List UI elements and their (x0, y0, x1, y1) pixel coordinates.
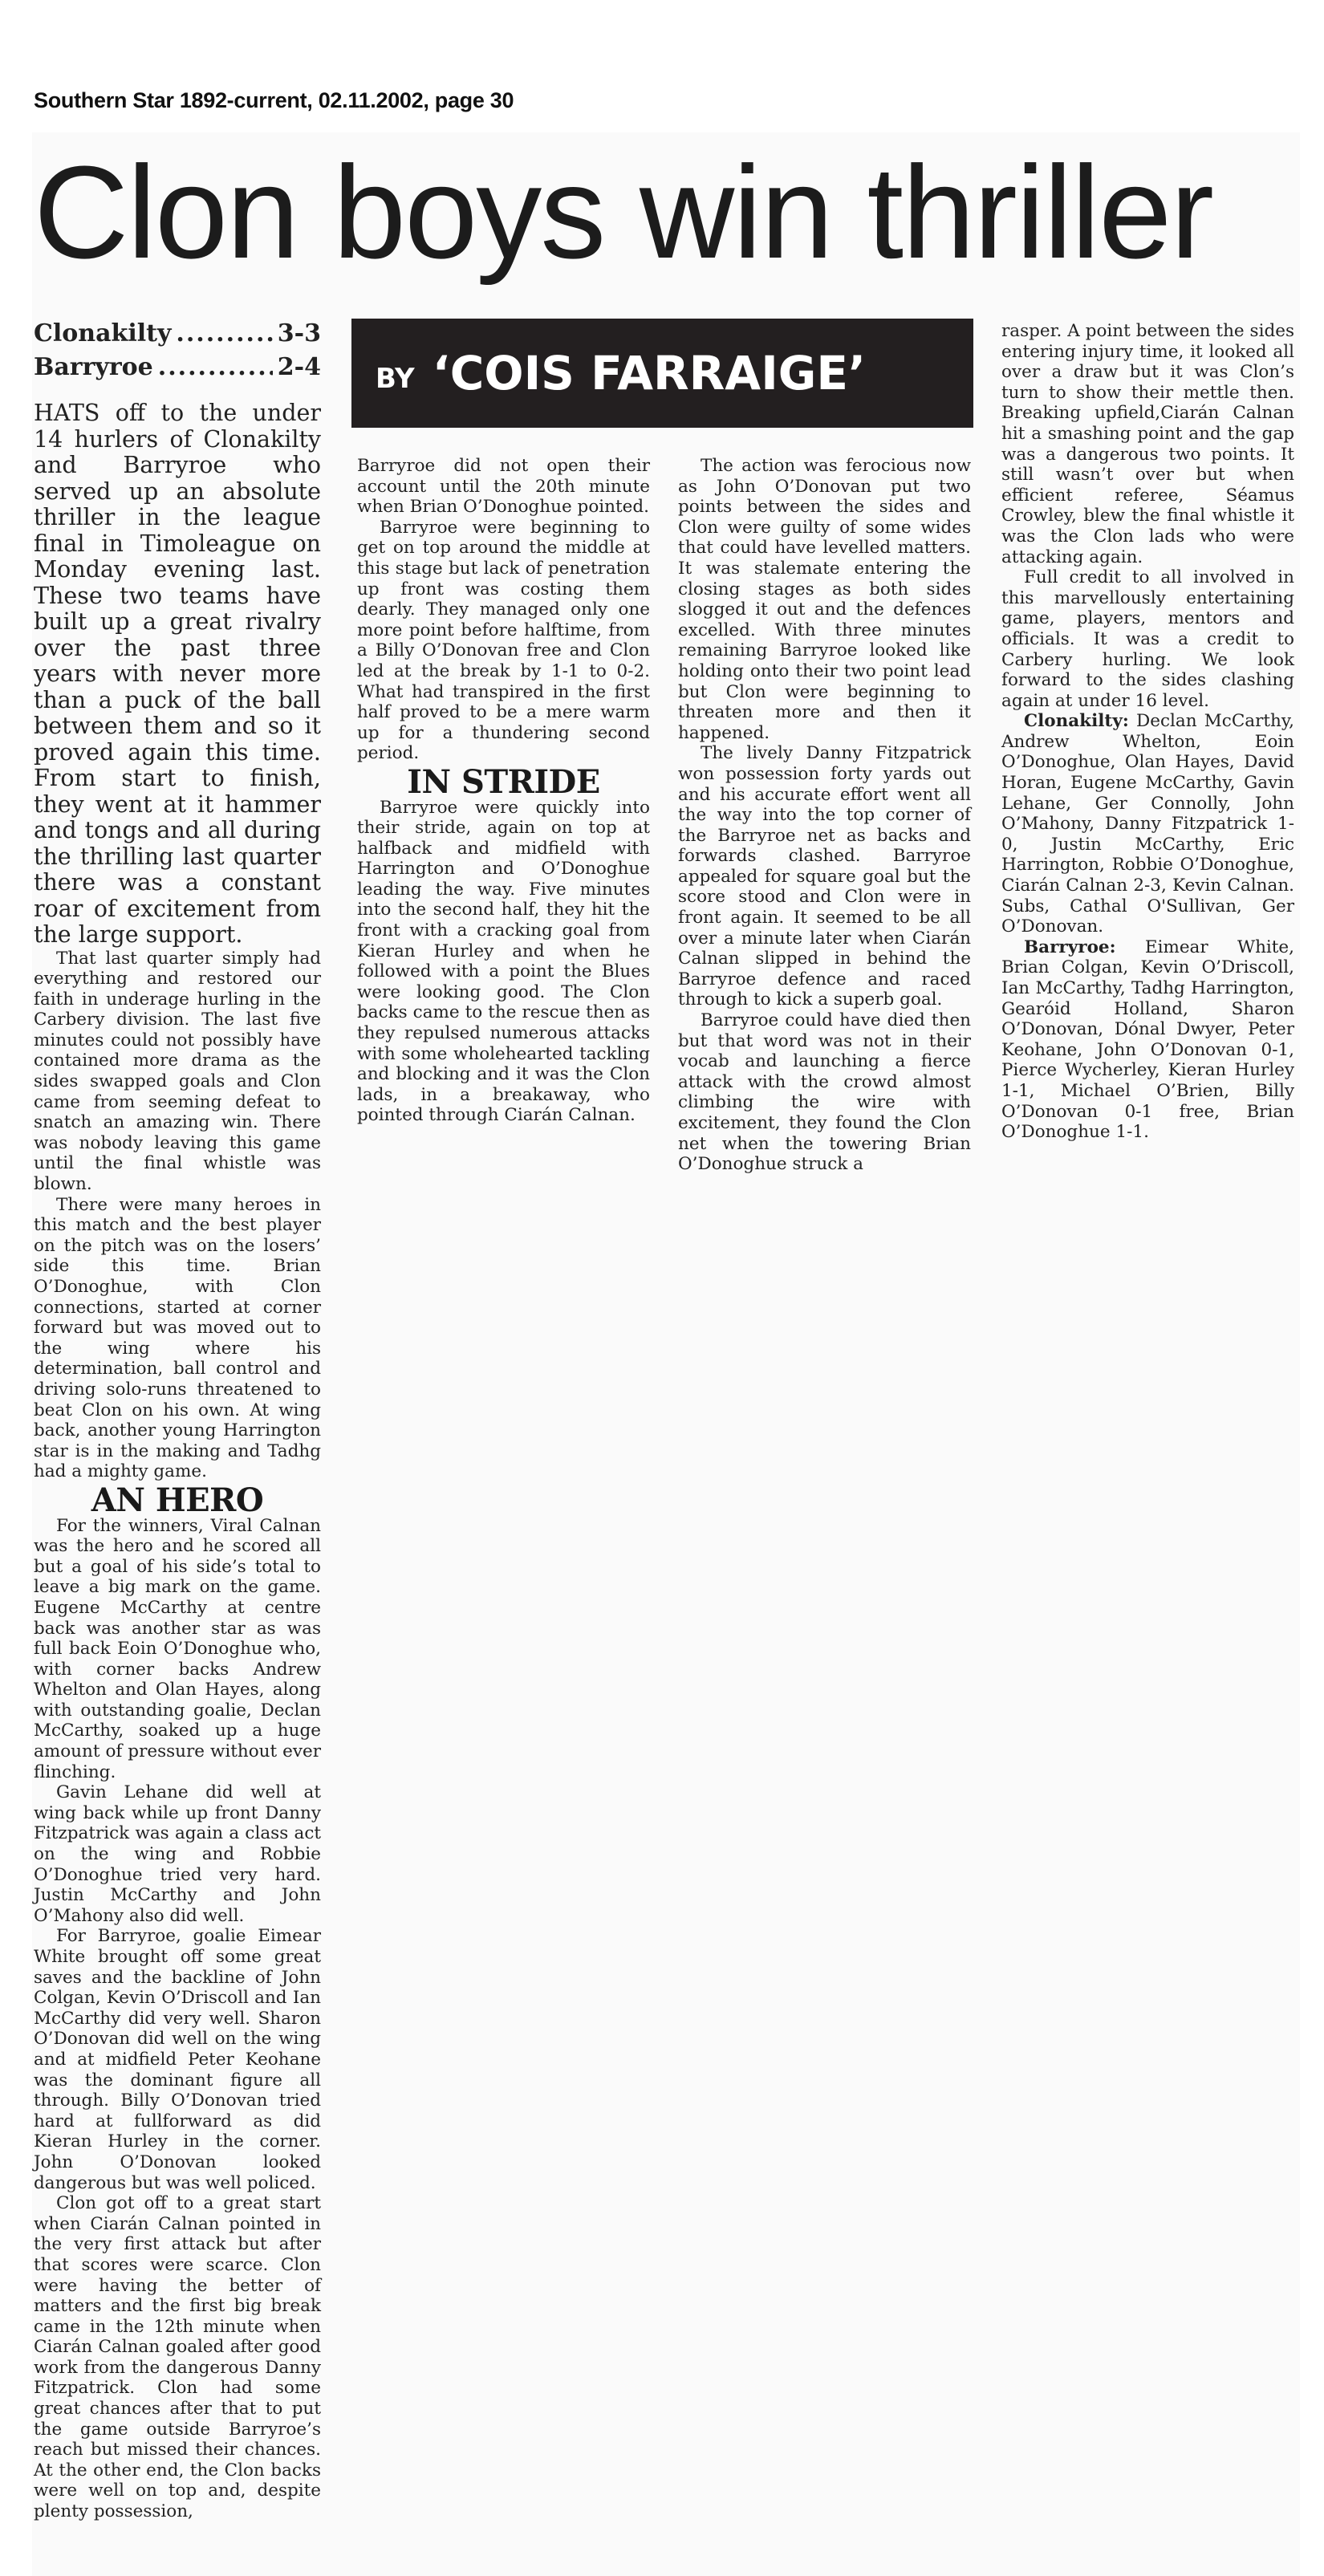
score-leader-dots: .............. (158, 351, 273, 384)
body-paragraph: Clon got off to a great start when Ciará… (34, 2193, 321, 2522)
body-paragraph: That last quarter simply had everything … (34, 949, 321, 1195)
body-paragraph: Barryroe could have died then but that w… (678, 1010, 971, 1175)
lede-paragraph: HATS off to the under 14 hurlers of Clon… (34, 400, 321, 949)
body-paragraph: Barryroe were beginning to get on top ar… (357, 518, 650, 764)
body-paragraph: For Barryroe, goalie Eimear White brough… (34, 1926, 321, 2193)
article-column-1: Clonakilty ........... 3-3 Barryroe ....… (34, 317, 321, 2522)
lineup-players: Declan McCarthy, Andrew Whelton, Eoin O’… (1001, 711, 1294, 937)
lineup-barryroe: Barryroe: Eimear White, Brian Colgan, Ke… (1001, 937, 1294, 1143)
lineup-team-label: Clonakilty: (1024, 711, 1129, 731)
scoreline-row: Barryroe .............. 2-4 (34, 351, 321, 384)
article-column-2: Barryroe did not open their account unti… (357, 456, 650, 1126)
lineup-team-label: Barryroe: (1024, 937, 1116, 957)
score-team: Barryroe (34, 351, 153, 384)
body-paragraph: Barryroe did not open their account unti… (357, 456, 650, 518)
article-column-4: rasper. A point between the sides enteri… (1001, 321, 1294, 1143)
subheading: IN STRIDE (357, 772, 650, 793)
body-paragraph: Barryroe were quickly into their stride,… (357, 798, 650, 1127)
body-paragraph: rasper. A point between the sides enteri… (1001, 321, 1294, 567)
headline: Clon boys win thriller (34, 136, 1302, 289)
score-value: 3-3 (278, 317, 321, 351)
article-column-3: The action was ferocious now as John O’D… (678, 456, 971, 1175)
lineup-clonakilty: Clonakilty: Declan McCarthy, Andrew Whel… (1001, 711, 1294, 937)
scoreline-row: Clonakilty ........... 3-3 (34, 317, 321, 351)
source-citation: Southern Star 1892-current, 02.11.2002, … (34, 88, 514, 113)
body-paragraph: The lively Danny Fitzpatrick won possess… (678, 743, 971, 1010)
subheading: AN HERO (34, 1490, 321, 1511)
score-team: Clonakilty (34, 317, 171, 351)
lineup-players: Eimear White, Brian Colgan, Kevin O’Dris… (1001, 937, 1294, 1142)
score-value: 2-4 (278, 351, 321, 384)
body-paragraph: Full credit to all involved in this marv… (1001, 567, 1294, 711)
body-paragraph: Gavin Lehane did well at wing back while… (34, 1782, 321, 1926)
body-paragraph: There were many heroes in this match and… (34, 1195, 321, 1482)
byline-prefix: BY (376, 363, 415, 395)
byline-author: ‘COIS FARRAIGE’ (433, 346, 866, 400)
body-paragraph: The action was ferocious now as John O’D… (678, 456, 971, 743)
byline-banner: BY ‘COIS FARRAIGE’ (351, 319, 973, 428)
body-paragraph: For the winners, Viral Calnan was the he… (34, 1516, 321, 1783)
score-leader-dots: ........... (176, 317, 272, 351)
